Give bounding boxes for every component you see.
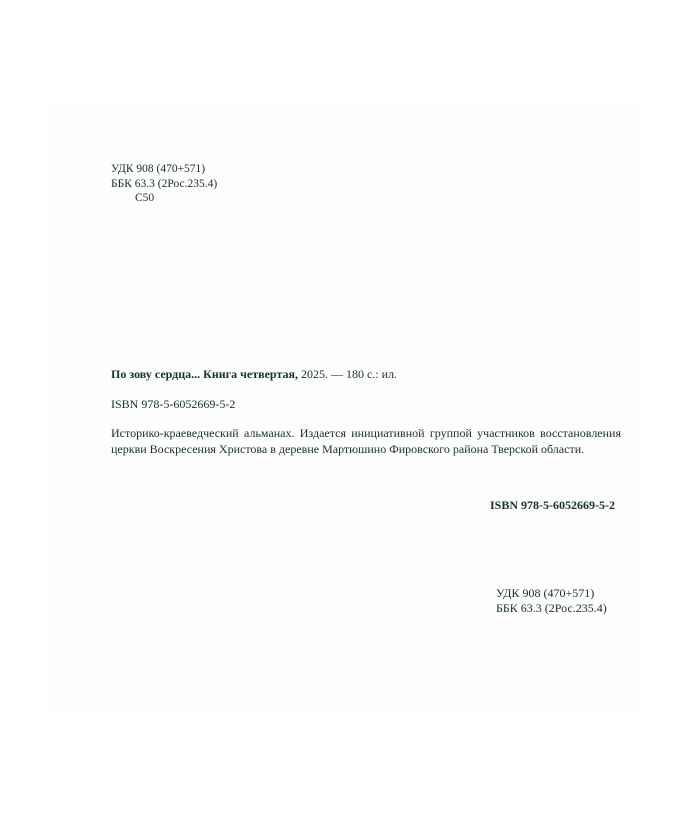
bottom-classification: УДК 908 (470+571) ББК 63.3 (2Рос.235.4) [496, 586, 607, 616]
isbn-right: ISBN 978-5-6052669-5-2 [490, 498, 615, 513]
udk-code-bottom: УДК 908 (470+571) [496, 586, 607, 601]
udk-code-top: УДК 908 (470+571) [111, 162, 217, 177]
book-title: По зову сердца... Книга четвертая, [111, 367, 298, 381]
isbn-left: ISBN 978-5-6052669-5-2 [111, 397, 235, 412]
bbk-code-bottom: ББК 63.3 (2Рос.235.4) [496, 601, 607, 616]
bbk-code-top: ББК 63.3 (2Рос.235.4) [111, 177, 217, 192]
top-classification: УДК 908 (470+571) ББК 63.3 (2Рос.235.4) … [111, 162, 217, 206]
annotation: Историко-краеведческий альманах. Издаетс… [111, 425, 621, 457]
author-mark: С50 [111, 191, 217, 206]
bibliographic-entry: По зову сердца... Книга четвертая, 2025.… [111, 367, 397, 382]
publication-details: 2025. — 180 с.: ил. [298, 367, 397, 381]
